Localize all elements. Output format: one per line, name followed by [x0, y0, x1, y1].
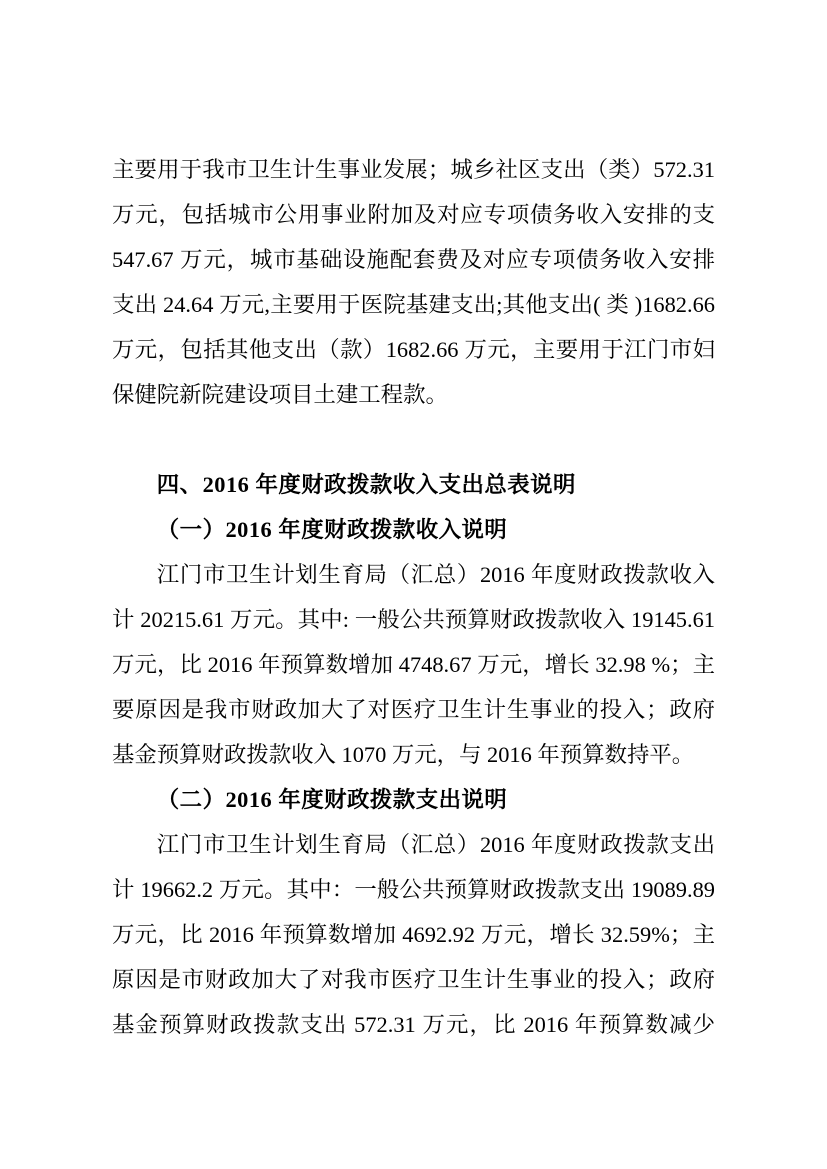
- section-heading: （一）2016 年度财政拨款收入说明: [112, 507, 715, 552]
- paragraph-line: 计 20215.61 万元。其中: 一般公共预算财政拨款收入 19145.61: [112, 597, 715, 642]
- section-heading: （二）2016 年度财政拨款支出说明: [112, 777, 715, 822]
- paragraph-line: 计 19662.2 万元。其中：一般公共预算财政拨款支出 19089.89: [112, 867, 715, 912]
- paragraph-line: 万元，包括城市公用事业附加及对应专项债务收入安排的支出: [112, 192, 715, 237]
- paragraph-line: 原因是市财政加大了对我市医疗卫生计生事业的投入；政府性: [112, 957, 715, 1002]
- paragraph-line: 万元，比 2016 年预算数增加 4692.92 万元，增长 32.59%；主要: [112, 912, 715, 957]
- paragraph-line: 支出 24.64 万元,主要用于医院基建支出;其他支出( 类 )1682.66: [112, 282, 715, 327]
- paragraph-line: 基金预算财政拨款支出 572.31 万元，比 2016 年预算数减少: [112, 1002, 715, 1047]
- document-content: 主要用于我市卫生计生事业发展；城乡社区支出（类）572.31万元，包括城市公用事…: [112, 147, 715, 1047]
- paragraph-line: 万元，比 2016 年预算数增加 4748.67 万元，增长 32.98 %；主: [112, 642, 715, 687]
- paragraph-line: 江门市卫生计划生育局（汇总）2016 年度财政拨款支出合: [112, 822, 715, 867]
- blank-line: [112, 417, 715, 462]
- document-page: 主要用于我市卫生计生事业发展；城乡社区支出（类）572.31万元，包括城市公用事…: [0, 0, 827, 1169]
- paragraph-line: 547.67 万元，城市基础设施配套费及对应专项债务收入安排的: [112, 237, 715, 282]
- paragraph-line: 万元，包括其他支出（款）1682.66 万元，主要用于江门市妇幼: [112, 327, 715, 372]
- paragraph-line: 江门市卫生计划生育局（汇总）2016 年度财政拨款收入合: [112, 552, 715, 597]
- paragraph-line: 基金预算财政拨款收入 1070 万元，与 2016 年预算数持平。: [112, 732, 715, 777]
- paragraph-line: 保健院新院建设项目土建工程款。: [112, 372, 715, 417]
- section-heading: 四、2016 年度财政拨款收入支出总表说明: [112, 462, 715, 507]
- paragraph-line: 要原因是我市财政加大了对医疗卫生计生事业的投入；政府性: [112, 687, 715, 732]
- paragraph-line: 主要用于我市卫生计生事业发展；城乡社区支出（类）572.31: [112, 147, 715, 192]
